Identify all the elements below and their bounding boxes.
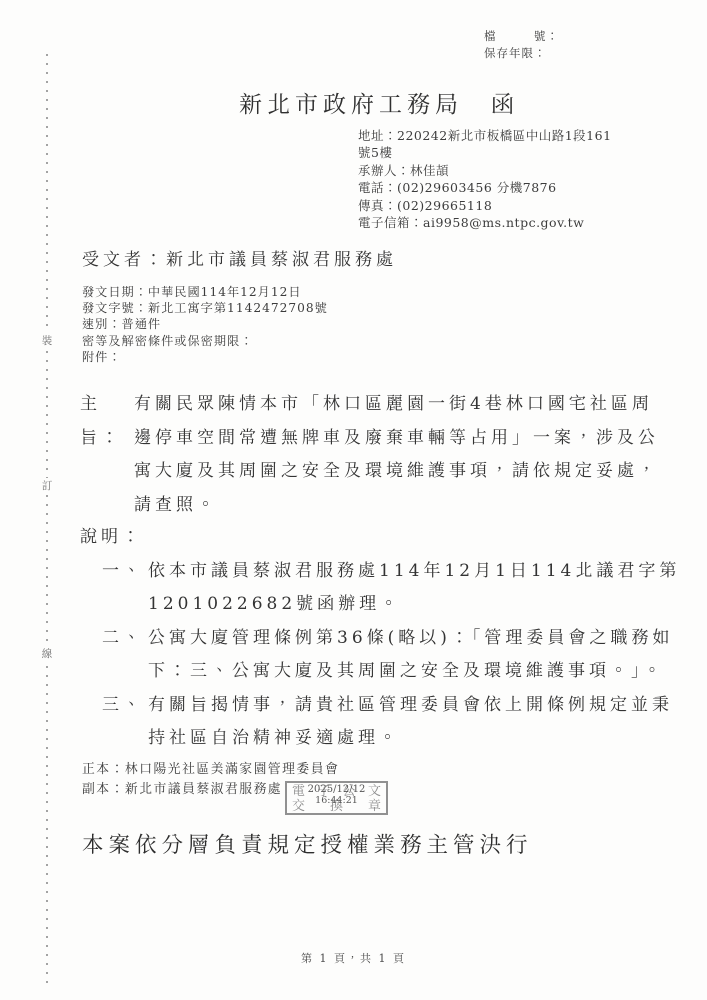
copy-original: 正本：林口陽光社區美滿家園管理委員會 <box>82 760 339 780</box>
subject-line: 請查照。 <box>134 489 659 523</box>
recipient-line: 受文者：新北市議員蔡淑君服務處 <box>82 245 397 270</box>
item-text: 公寓大廈管理條例第36條(略以)：「管理委員會之職務如 下：三、公寓大廈及其周圍… <box>148 622 673 689</box>
agency-officer: 承辦人：林佳頡 <box>358 162 612 179</box>
dispatch-attachment: 附件： <box>82 349 328 365</box>
document-title: 新北市政府工務局 函 <box>239 86 519 119</box>
agency-address-line2: 號5樓 <box>358 144 612 161</box>
item-line: 公寓大廈管理條例第36條(略以)：「管理委員會之職務如 <box>148 622 673 656</box>
subject-line: 邊停車空間常遭無牌車及廢棄車輛等占用」一案，涉及公 <box>134 422 659 456</box>
item-text: 有關旨揭情事，請貴社區管理委員會依上開條例規定並秉 持社區自治精神妥適處理。 <box>148 689 673 756</box>
subject-label: 主旨： <box>80 388 134 522</box>
dispatch-security: 密等及解密條件或保密期限： <box>82 333 328 349</box>
item-text: 依本市議員蔡淑君服務處114年12月1日114北議君字第 1201022682號… <box>148 555 680 622</box>
agency-phone: 電話：(02)29603456 分機7876 <box>358 179 612 196</box>
dispatch-speed: 速別：普通件 <box>82 316 328 332</box>
dispatch-date: 發文日期：中華民國114年12月12日 <box>82 284 328 300</box>
binding-mark-zhuang: 裝 <box>39 333 55 349</box>
stamp-timestamp: 2025/12/12 16:44:21 <box>287 784 386 806</box>
item-line: 持社區自治精神妥適處理。 <box>148 722 673 756</box>
dispatch-number: 發文字號：新北工寓字第1142472708號 <box>82 300 328 316</box>
item-number: 三、 <box>102 689 148 756</box>
item-line: 有關旨揭情事，請貴社區管理委員會依上開條例規定並秉 <box>148 689 673 723</box>
binding-mark-xian: 線 <box>39 646 55 662</box>
dispatch-meta-block: 發文日期：中華民國114年12月12日 發文字號：新北工寓字第114247270… <box>82 284 328 365</box>
retention-period-label: 保存年限： <box>484 45 559 62</box>
agency-contact-block: 地址：220242新北市板橋區中山路1段161 號5樓 承辦人：林佳頡 電話：(… <box>358 127 612 231</box>
subject-section: 主旨： 有關民眾陳情本市「林口區麗園一街4巷林口國宅社區周 邊停車空間常遭無牌車… <box>80 388 659 522</box>
agency-address-line1: 地址：220242新北市板橋區中山路1段161 <box>358 127 612 144</box>
subject-line: 有關民眾陳情本市「林口區麗園一街4巷林口國宅社區周 <box>134 388 659 422</box>
agency-email: 電子信箱：ai9958@ms.ntpc.gov.tw <box>358 214 612 231</box>
explanation-item-2: 二、 公寓大廈管理條例第36條(略以)：「管理委員會之職務如 下：三、公寓大廈及… <box>102 622 680 689</box>
item-number: 一、 <box>102 555 148 622</box>
item-line: 依本市議員蔡淑君服務處114年12月1日114北議君字第 <box>148 555 680 589</box>
electronic-exchange-stamp: 電 子 公 文 交 換 章 2025/12/12 16:44:21 <box>285 781 388 815</box>
item-line: 1201022682號函辦理。 <box>148 588 680 622</box>
explanation-label: 說明： <box>80 521 680 555</box>
binding-mark-ding: 訂 <box>39 478 55 494</box>
filing-block: 檔 號： 保存年限： <box>484 28 559 62</box>
official-letter-page: 裝 訂 線 檔 號： 保存年限： 新北市政府工務局 函 地址：220242新北市… <box>0 0 707 1000</box>
page-number-footer: 第 1 頁，共 1 頁 <box>0 950 707 966</box>
explanation-section: 說明： 一、 依本市議員蔡淑君服務處114年12月1日114北議君字第 1201… <box>80 521 680 756</box>
stamp-date: 2025/12/12 <box>287 784 386 795</box>
file-number-label: 檔 號： <box>484 28 559 45</box>
explanation-item-3: 三、 有關旨揭情事，請貴社區管理委員會依上開條例規定並秉 持社區自治精神妥適處理… <box>102 689 680 756</box>
explanation-item-1: 一、 依本市議員蔡淑君服務處114年12月1日114北議君字第 12010226… <box>102 555 680 622</box>
binding-dotted-line <box>46 54 48 990</box>
item-number: 二、 <box>102 622 148 689</box>
item-line: 下：三、公寓大廈及其周圍之安全及環境維護事項。」。 <box>148 655 673 689</box>
agency-fax: 傳真：(02)29665118 <box>358 197 612 214</box>
stamp-time: 16:44:21 <box>287 795 386 806</box>
subject-text: 有關民眾陳情本市「林口區麗園一街4巷林口國宅社區周 邊停車空間常遭無牌車及廢棄車… <box>134 388 659 522</box>
authorization-line: 本案依分層負責規定授權業務主管決行 <box>82 828 533 859</box>
subject-line: 寓大廈及其周圍之安全及環境維護事項，請依規定妥處， <box>134 455 659 489</box>
